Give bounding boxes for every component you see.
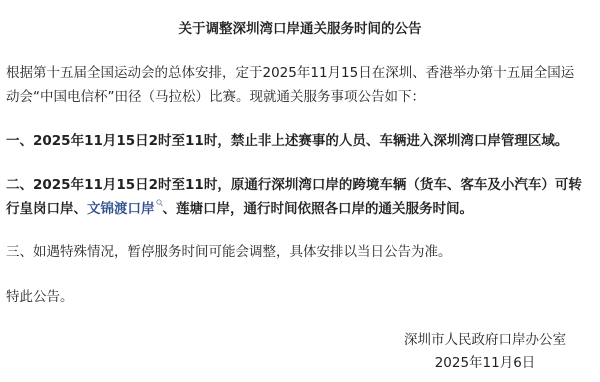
- announcement-document: 关于调整深圳湾口岸通关服务时间的公告 根据第十五届全国运动会的总体安排，定于20…: [0, 0, 600, 382]
- item-2-paragraph: 二、2025年11月15日2时至11时，原通行深圳湾口岸的跨境车辆（货车、客车及…: [6, 173, 586, 221]
- signature-block: 深圳市人民政府口岸办公室 2025年11月6日: [404, 329, 566, 375]
- intro-paragraph: 根据第十五届全国运动会的总体安排，定于2025年11月15日在深圳、香港举办第十…: [6, 61, 586, 109]
- item-3-paragraph: 三、如遇特殊情况，暂停服务时间可能会调整，具体安排以当日公告为准。: [6, 240, 586, 264]
- document-title: 关于调整深圳湾口岸通关服务时间的公告: [0, 19, 600, 39]
- closing-text: 特此公告。: [6, 285, 586, 309]
- signature-date: 2025年11月6日: [404, 352, 566, 375]
- wenjindu-port-link[interactable]: 文锦渡口岸: [87, 201, 155, 217]
- search-icon[interactable]: [156, 199, 163, 207]
- item-1-paragraph: 一、2025年11月15日2时至11时，禁止非上述赛事的人员、车辆进入深圳湾口岸…: [6, 129, 586, 153]
- signature-org: 深圳市人民政府口岸办公室: [404, 329, 566, 352]
- item-2-text-after: 、莲塘口岸，通行时间依照各口岸的通关服务时间。: [163, 201, 474, 217]
